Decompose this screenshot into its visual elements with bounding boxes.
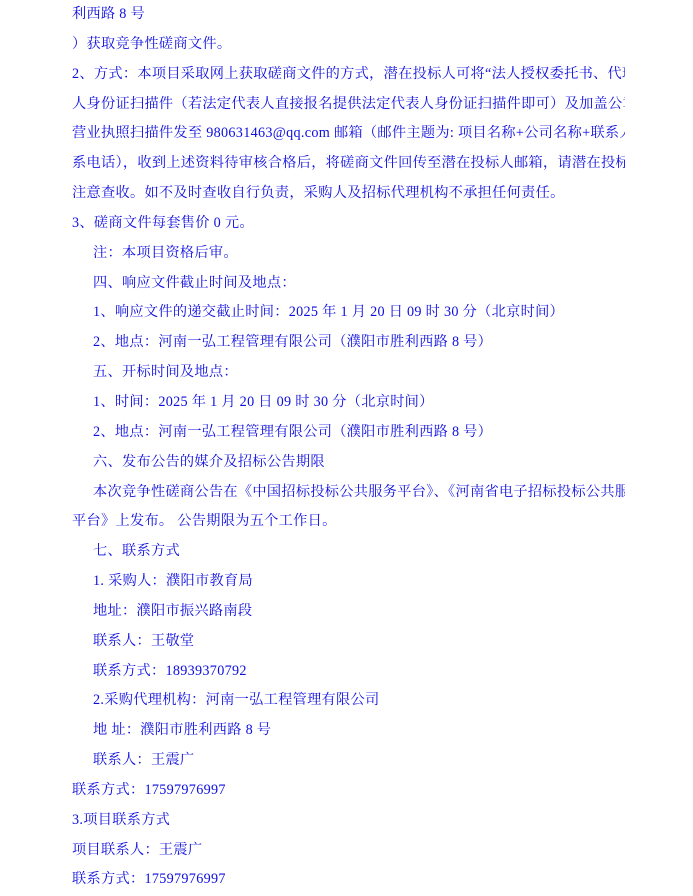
text-line: ）获取竞争性磋商文件。 bbox=[72, 30, 625, 60]
text-line: 联系人：王敬堂 bbox=[72, 627, 625, 657]
text-line: 联系方式：18939370792 bbox=[72, 657, 625, 687]
text-line: 联系方式：17597976997 bbox=[72, 865, 625, 895]
text-line: 本次竞争性磋商公告在《中国招标投标公共服务平台》、《河南省电子招标投标公共服务 bbox=[72, 478, 625, 508]
text-line: 1. 采购人：濮阳市教育局 bbox=[72, 567, 625, 597]
text-line: 营业执照扫描件发至 980631463@qq.com 邮箱（邮件主题为: 项目名… bbox=[72, 119, 625, 149]
text-line: 联系人：王震广 bbox=[72, 746, 625, 776]
text-line: 人身份证扫描件（若法定代表人直接报名提供法定代表人身份证扫描件即可）及加盖公章的 bbox=[72, 90, 625, 120]
text-line: 2.采购代理机构：河南一弘工程管理有限公司 bbox=[72, 686, 625, 716]
text-line: 3、磋商文件每套售价 0 元。 bbox=[72, 209, 625, 239]
text-line: 地 址：濮阳市胜利西路 8 号 bbox=[72, 716, 625, 746]
document-page: 利西路 8 号）获取竞争性磋商文件。2、方式：本项目采取网上获取磋商文件的方式，… bbox=[0, 0, 693, 896]
text-line: 2、地点：河南一弘工程管理有限公司（濮阳市胜利西路 8 号） bbox=[72, 328, 625, 358]
text-line: 3.项目联系方式 bbox=[72, 806, 625, 836]
text-line: 五、开标时间及地点： bbox=[72, 358, 625, 388]
text-line: 六、发布公告的媒介及招标公告期限 bbox=[72, 448, 625, 478]
text-line: 联系方式：17597976997 bbox=[72, 776, 625, 806]
text-line: 2、方式：本项目采取网上获取磋商文件的方式，潜在投标人可将“法人授权委托书、代理 bbox=[72, 60, 625, 90]
text-line: 利西路 8 号 bbox=[72, 0, 625, 30]
text-line: 2、地点：河南一弘工程管理有限公司（濮阳市胜利西路 8 号） bbox=[72, 418, 625, 448]
text-line: 1、响应文件的递交截止时间：2025 年 1 月 20 日 09 时 30 分（… bbox=[72, 298, 625, 328]
text-line: 项目联系人：王震广 bbox=[72, 836, 625, 866]
text-line: 平台》上发布。 公告期限为五个工作日。 bbox=[72, 507, 625, 537]
text-line: 七、联系方式 bbox=[72, 537, 625, 567]
text-line: 注：本项目资格后审。 bbox=[72, 239, 625, 269]
text-line: 注意查收。如不及时查收自行负责，采购人及招标代理机构不承担任何责任。 bbox=[72, 179, 625, 209]
text-line: 四、响应文件截止时间及地点： bbox=[72, 269, 625, 299]
text-line: 地址：濮阳市振兴路南段 bbox=[72, 597, 625, 627]
text-line: 系电话），收到上述资料待审核合格后，将磋商文件回传至潜在投标人邮箱，请潜在投标人 bbox=[72, 149, 625, 179]
text-line: 1、时间：2025 年 1 月 20 日 09 时 30 分（北京时间） bbox=[72, 388, 625, 418]
